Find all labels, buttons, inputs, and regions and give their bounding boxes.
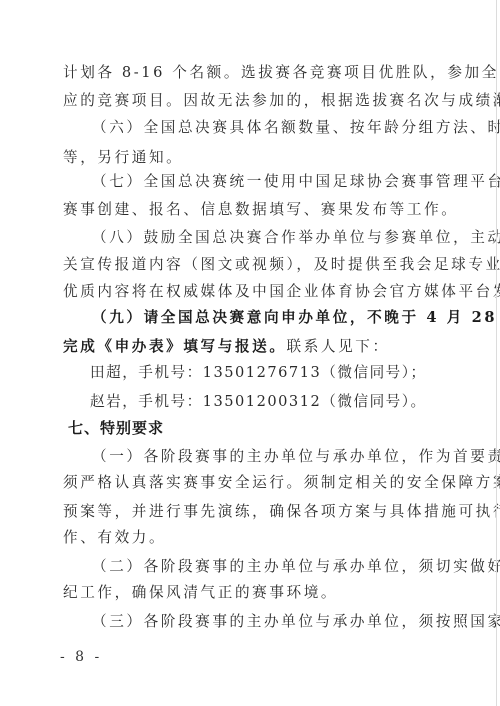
paragraph-line: 作、有效力。 (63, 528, 166, 548)
document-page: 计划各 8-16 个名额。选拔赛各竞赛项目优胜队，参加全国总决赛对 应的竞赛项目… (0, 0, 500, 706)
page-number: - 8 - (60, 647, 102, 667)
requirement-one-line: （一）各阶段赛事的主办单位与承办单位，作为首要责任主体， (92, 447, 455, 467)
paragraph-line: 关宣传报道内容（图文或视频），及时提供至我会足球专业委员会。 (63, 255, 455, 275)
paragraph-line: 预案等，并进行事先演练，确保各项方案与具体措施可执行、能操 (63, 502, 455, 522)
contact-intro-text: 联系人见下： (287, 338, 390, 355)
paragraph-line: 须严格认真落实赛事安全运行。须制定相关的安全保障方案、应急 (63, 473, 455, 493)
paragraph-line: 赛事创建、报名、信息数据填写、赛果发布等工作。 (63, 200, 458, 220)
bold-text: 完成《申办表》填写与报送。 (63, 338, 287, 355)
contact-line-zhao-yan: 赵岩，手机号：13501200312（微信同号）。 (90, 392, 427, 412)
paragraph-line: 应的竞赛项目。因故无法参加的，根据选拔赛名次与成绩渐次递补。 (63, 91, 455, 111)
paragraph-line: 计划各 8-16 个名额。选拔赛各竞赛项目优胜队，参加全国总决赛对 (63, 63, 455, 83)
paragraph-line: 等，另行通知。 (63, 148, 183, 168)
requirement-three-line: （三）各阶段赛事的主办单位与承办单位，须按照国家和本地 (92, 612, 455, 632)
paragraph-six-line: （六）全国总决赛具体名额数量、按年龄分组方法、时间地点 (92, 118, 455, 138)
paragraph-seven-line: （七）全国总决赛统一使用中国足球协会赛事管理平台，进行 (92, 172, 455, 192)
paragraph-line: 纪工作，确保风清气正的赛事环境。 (63, 583, 338, 603)
paragraph-eight-line: （八）鼓励全国总决赛合作举办单位与参赛单位，主动制作有 (92, 228, 455, 248)
section-heading: 七、特别要求 (68, 418, 164, 438)
paragraph-nine-line: （九）请全国总决赛意向申办单位，不晚于 4 月 28 日（含）， (92, 308, 455, 328)
paragraph-line-mixed: 完成《申办表》填写与报送。联系人见下： (63, 337, 390, 357)
contact-line-tian-chao: 田超，手机号：13501276713（微信同号）； (90, 363, 427, 383)
page-edge-divider (496, 0, 497, 706)
paragraph-line: 优质内容将在权威媒体及中国企业体育协会官方媒体平台发布。 (63, 282, 455, 302)
requirement-two-line: （二）各阶段赛事的主办单位与承办单位，须切实做好赛风赛 (92, 557, 455, 577)
